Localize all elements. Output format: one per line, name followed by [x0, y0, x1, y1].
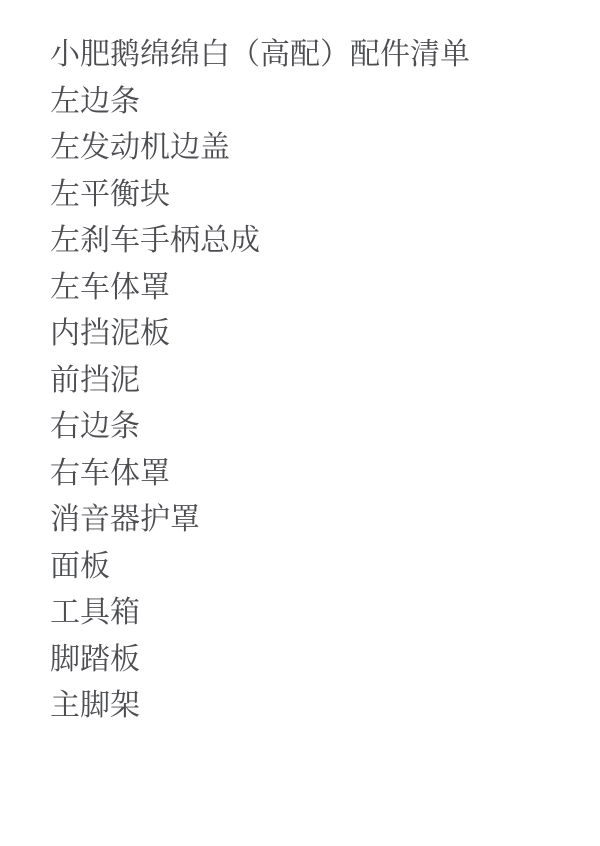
list-item: 左边条 [50, 79, 560, 126]
list-item: 左发动机边盖 [50, 125, 560, 172]
list-item: 脚踏板 [50, 637, 560, 684]
list-item: 工具箱 [50, 590, 560, 637]
parts-list: 左边条左发动机边盖左平衡块左刹车手柄总成左车体罩内挡泥板前挡泥右边条右车体罩消音… [50, 79, 560, 730]
list-item: 右车体罩 [50, 451, 560, 498]
list-item: 右边条 [50, 404, 560, 451]
list-item: 面板 [50, 544, 560, 591]
list-item: 内挡泥板 [50, 311, 560, 358]
parts-list-page: 小肥鹅绵绵白（高配）配件清单 左边条左发动机边盖左平衡块左刹车手柄总成左车体罩内… [0, 0, 600, 846]
list-item: 左刹车手柄总成 [50, 218, 560, 265]
list-item: 左车体罩 [50, 265, 560, 312]
list-item: 消音器护罩 [50, 497, 560, 544]
list-item: 前挡泥 [50, 358, 560, 405]
list-item: 左平衡块 [50, 172, 560, 219]
page-title: 小肥鹅绵绵白（高配）配件清单 [50, 32, 560, 79]
list-item: 主脚架 [50, 683, 560, 730]
